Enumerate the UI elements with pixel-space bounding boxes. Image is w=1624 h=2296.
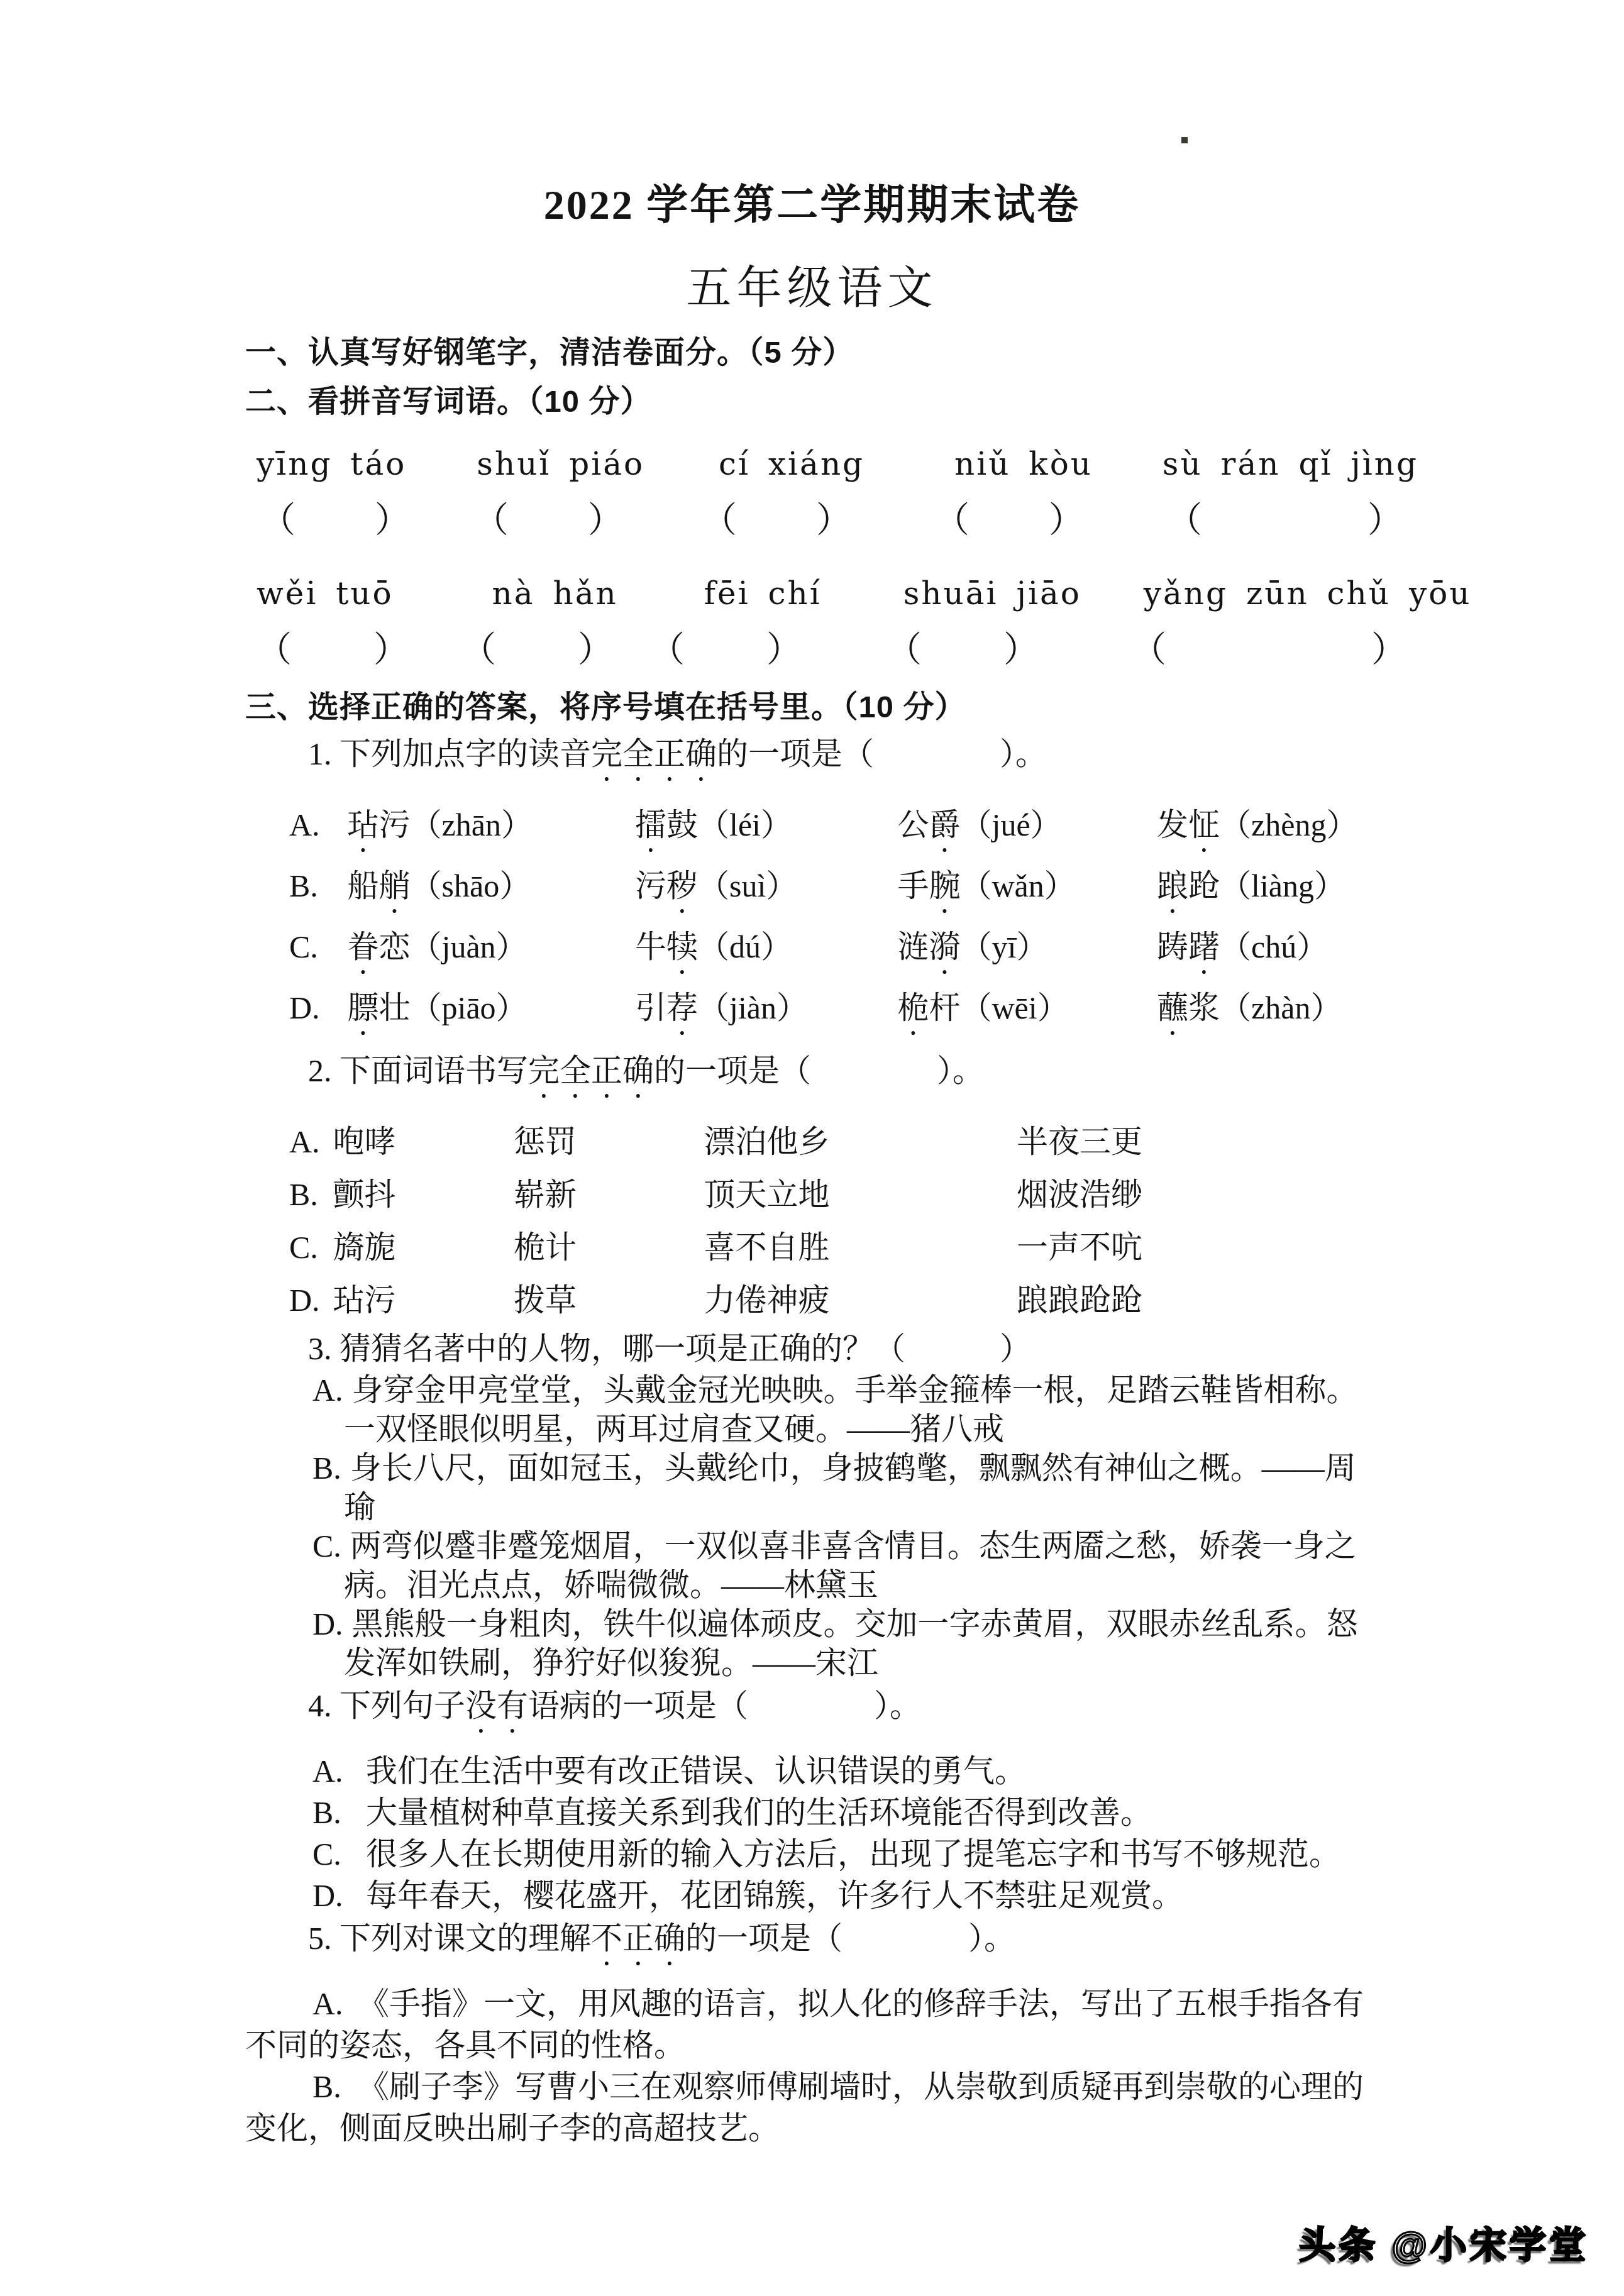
question-3-option-c-continued: 病。泪光点点，娇喘微微。——林黛玉 — [344, 1565, 1448, 1604]
option-label: A. — [312, 1983, 358, 2024]
option-label: D. — [289, 981, 340, 1034]
option-label: D. — [312, 1875, 366, 1916]
answer-blank-row-1: （） （） （） （） （） — [245, 493, 1448, 548]
question-1-option-c: C. 眷恋（juàn） 牛犊（dú） 涟漪（yī） 踌躇（chú） — [289, 920, 1448, 981]
question-4-option-d: D.每年春天，樱花盛开，花团锦簇，许多行人不禁驻足观赏。 — [312, 1875, 1448, 1916]
pinyin-word: wěi tuō — [257, 565, 394, 622]
option-label: B. — [312, 2066, 358, 2107]
option-label: C. — [289, 1221, 325, 1274]
question-5-option-b-continued: 变化，侧面反映出刷子李的高超技艺。 — [245, 2107, 1448, 2149]
dotted-word: 引荐（jiàn） — [635, 981, 890, 1042]
dotted-word: 船艄（shāo） — [348, 859, 627, 920]
question-2-text: 2. 下面词语书写完全正确的一项是（ ）。 — [308, 1049, 1448, 1105]
option-label: A. — [312, 1372, 343, 1408]
word-item: 踉踉跄跄 — [1017, 1274, 1142, 1327]
scan-artifact-dot — [1181, 137, 1188, 143]
word-item: 玷污 — [333, 1274, 506, 1327]
dotted-word: 踉跄（liàng） — [1157, 859, 1345, 920]
answer-blank-row-2: （） （） （） （） （） — [245, 622, 1448, 678]
word-item: 漂泊他乡 — [704, 1115, 1009, 1168]
question-1-text: 1. 下列加点字的读音完全正确的一项是（ ）。 — [308, 732, 1448, 788]
pinyin-word: yǎng zūn chǔ yōu — [1144, 565, 1472, 622]
pinyin-word: shuāi jiāo — [903, 565, 1081, 622]
pinyin-word: yīng táo — [257, 435, 406, 493]
option-label: B. — [312, 1450, 341, 1486]
pinyin-word: cí xiáng — [719, 435, 864, 493]
option-label: C. — [312, 1833, 366, 1875]
emphasized-text: 不正确 — [591, 1921, 685, 1956]
question-2-option-d: D. 玷污 拨草 力倦神疲 踉踉跄跄 — [289, 1274, 1448, 1327]
word-item: 旖旎 — [333, 1221, 506, 1274]
word-item: 喜不自胜 — [704, 1221, 1009, 1274]
question-3-option-a: A.身穿金甲亮堂堂，头戴金冠光映映。手举金箍棒一根，足踏云鞋皆相称。 — [312, 1371, 1448, 1410]
question-3-text: 3. 猜猜名著中的人物，哪一项是正确的？（ ） — [308, 1327, 1448, 1371]
question-3-option-a-continued: 一双怪眼似明星，两耳过肩查又硬。——猪八戒 — [344, 1410, 1448, 1449]
option-label: D. — [289, 1274, 325, 1327]
pinyin-row-1: yīng táo shuǐ piáo cí xiáng niǔ kòu sù r… — [245, 435, 1448, 493]
answer-blank: （） — [702, 493, 851, 548]
pinyin-word: sù rán qǐ jìng — [1163, 435, 1418, 493]
option-label: B. — [312, 1792, 366, 1833]
question-3-option-c: C.两弯似蹙非蹙笼烟眉，一双似喜非喜含情目。态生两靥之愁，娇袭一身之 — [312, 1526, 1448, 1565]
dotted-word: 擂鼓（léi） — [635, 798, 890, 859]
question-5-text: 5. 下列对课文的理解不正确的一项是（ ）。 — [308, 1916, 1448, 1973]
question-3-option-b-continued: 瑜 — [344, 1487, 1448, 1526]
dotted-word: 涟漪（yī） — [898, 920, 1149, 981]
answer-blank: （） — [260, 493, 410, 548]
pinyin-word: fēi chí — [704, 565, 822, 622]
dotted-word: 膘壮（piāo） — [348, 981, 627, 1042]
word-item: 力倦神疲 — [704, 1274, 1009, 1327]
pinyin-row-2: wěi tuō nà hǎn fēi chí shuāi jiāo yǎng z… — [245, 565, 1448, 622]
option-label: A. — [289, 1115, 325, 1168]
dotted-word: 蘸浆（zhàn） — [1157, 981, 1342, 1042]
word-item: 顶天立地 — [704, 1168, 1009, 1221]
word-item: 颤抖 — [333, 1168, 506, 1221]
answer-blank: （） — [887, 622, 1039, 678]
question-3-option-d-continued: 发浑如铁刷，狰狞好似狻猊。——宋江 — [344, 1643, 1448, 1682]
word-item: 咆哮 — [333, 1115, 506, 1168]
exam-paper-page: 2022 学年第二学期期末试卷 五年级语文 一、认真写好钢笔字，清洁卷面分。（5… — [0, 0, 1624, 2296]
option-label: B. — [289, 859, 340, 912]
answer-blank: （） — [649, 622, 802, 678]
section-2-heading: 二、看拼音写词语。（10 分） — [245, 377, 1448, 426]
question-4-option-c: C.很多人在长期使用新的输入方法后，出现了提笔忘字和书写不够规范。 — [312, 1833, 1448, 1875]
question-4-text: 4. 下列句子没有语病的一项是（ ）。 — [308, 1684, 1448, 1740]
dotted-word: 手腕（wǎn） — [898, 859, 1149, 920]
question-5-option-a: A.《手指》一文，用风趣的语言，拟人化的修辞手法，写出了五根手指各有 — [312, 1983, 1448, 2024]
option-label: C. — [312, 1528, 341, 1564]
watermark-toutiao: 头条 @小宋学堂 — [1299, 2216, 1589, 2268]
option-label: A. — [289, 798, 340, 851]
answer-blank: （） — [473, 493, 623, 548]
word-item: 崭新 — [514, 1168, 696, 1221]
question-1-option-b: B. 船艄（shāo） 污秽（suì） 手腕（wǎn） 踉跄（liàng） — [289, 859, 1448, 920]
question-1-option-d: D. 膘壮（piāo） 引荐（jiàn） 桅杆（wēi） 蘸浆（zhàn） — [289, 981, 1448, 1042]
pinyin-word: niǔ kòu — [954, 435, 1093, 493]
word-item: 拨草 — [514, 1274, 696, 1327]
answer-blank: （） — [934, 493, 1084, 548]
dotted-word: 发怔（zhèng） — [1157, 798, 1357, 859]
question-3-option-b: B.身长八尺，面如冠玉，头戴纶巾，身披鹤氅，飘飘然有神仙之概。——周 — [312, 1449, 1448, 1487]
dotted-word: 公爵（jué） — [898, 798, 1149, 859]
question-1-option-a: A. 玷污（zhān） 擂鼓（léi） 公爵（jué） 发怔（zhèng） — [289, 798, 1448, 859]
option-label: A. — [312, 1750, 366, 1792]
exam-subtitle: 五年级语文 — [0, 265, 1624, 311]
dotted-word: 踌躇（chú） — [1157, 920, 1328, 981]
word-item: 烟波浩缈 — [1017, 1168, 1142, 1221]
dotted-word: 牛犊（dú） — [635, 920, 890, 981]
dotted-word: 桅杆（wēi） — [898, 981, 1149, 1042]
emphasized-text: 没有 — [465, 1688, 528, 1723]
question-2-option-b: B. 颤抖 崭新 顶天立地 烟波浩缈 — [289, 1168, 1448, 1221]
emphasized-text: 完全正确 — [528, 1053, 654, 1088]
section-3-heading: 三、选择正确的答案，将序号填在括号里。（10 分） — [245, 683, 1448, 732]
question-4-option-a: A.我们在生活中要有改正错误、认识错误的勇气。 — [312, 1750, 1448, 1792]
answer-blank: （） — [257, 622, 409, 678]
question-5-option-a-continued: 不同的姿态，各具不同的性格。 — [245, 2024, 1448, 2066]
word-item: 一声不吭 — [1017, 1221, 1142, 1274]
exam-title: 2022 学年第二学期期末试卷 — [0, 0, 1624, 226]
emphasized-text: 完全正确 — [591, 736, 717, 771]
question-5-options: A.《手指》一文，用风趣的语言，拟人化的修辞手法，写出了五根手指各有 不同的姿态… — [245, 1983, 1448, 2149]
word-item: 惩罚 — [514, 1115, 696, 1168]
answer-blank: （） — [461, 622, 613, 678]
question-4-option-b: B.大量植树种草直接关系到我们的生活环境能否得到改善。 — [312, 1792, 1448, 1833]
question-2-option-a: A. 咆哮 惩罚 漂泊他乡 半夜三更 — [289, 1115, 1448, 1168]
answer-blank: （） — [1131, 622, 1406, 678]
dotted-word: 玷污（zhān） — [348, 798, 627, 859]
pinyin-word: shuǐ piáo — [477, 435, 644, 493]
word-item: 半夜三更 — [1017, 1115, 1142, 1168]
option-label: D. — [312, 1606, 343, 1642]
option-label: B. — [289, 1168, 325, 1221]
question-5-option-b: B.《刷子李》写曹小三在观察师傅刷墙时，从崇敬到质疑再到崇敬的心理的 — [312, 2066, 1448, 2107]
dotted-word: 眷恋（juàn） — [348, 920, 627, 981]
question-3-option-d: D.黑熊般一身粗肉，铁牛似遍体顽皮。交加一字赤黄眉，双眼赤丝乱系。怒 — [312, 1604, 1448, 1643]
pinyin-word: nà hǎn — [492, 565, 618, 622]
question-2-option-c: C. 旖旎 桅计 喜不自胜 一声不吭 — [289, 1221, 1448, 1274]
word-item: 桅计 — [514, 1221, 696, 1274]
section-1-heading: 一、认真写好钢笔字，清洁卷面分。（5 分） — [245, 328, 1448, 377]
question-3-options: A.身穿金甲亮堂堂，头戴金冠光映映。手举金箍棒一根，足踏云鞋皆相称。 一双怪眼似… — [245, 1371, 1448, 1682]
dotted-word: 污秽（suì） — [635, 859, 890, 920]
option-label: C. — [289, 920, 340, 973]
exam-body: 一、认真写好钢笔字，清洁卷面分。（5 分） 二、看拼音写词语。（10 分） yī… — [245, 328, 1448, 2149]
answer-blank: （） — [1167, 493, 1403, 548]
